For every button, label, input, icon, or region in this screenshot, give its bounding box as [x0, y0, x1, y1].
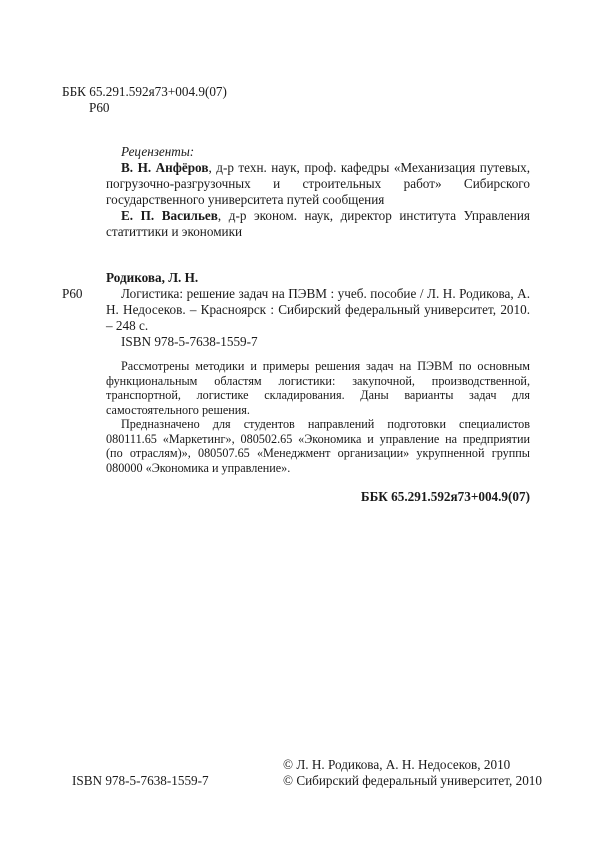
copyright-block: © Л. Н. Родикова, А. Н. Недосеков, 2010 …	[283, 757, 542, 789]
reviewer-entry: В. Н. Анфёров, д-р техн. наук, проф. каф…	[106, 160, 530, 208]
bbk-classification-bottom: ББК 65.291.592я73+004.9(07)	[361, 489, 530, 505]
reviewer-entry: Е. П. Васильев, д-р эконом. наук, директ…	[106, 208, 530, 240]
reviewer-name: Е. П. Васильев	[121, 208, 218, 223]
catalog-author-mark: Р60	[62, 286, 83, 302]
reviewers-label: Рецензенты:	[106, 144, 530, 160]
annotation-paragraph: Рассмотрены методики и примеры решения з…	[106, 359, 530, 417]
annotation: Рассмотрены методики и примеры решения з…	[106, 359, 530, 475]
catalog-entry: Родикова, Л. Н. Логистика: решение задач…	[106, 270, 530, 350]
catalog-description: Логистика: решение задач на ПЭВМ : учеб.…	[106, 286, 530, 334]
catalog-isbn: ISBN 978-5-7638-1559-7	[106, 334, 530, 350]
bbk-code: ББК 65.291.592я73+004.9(07)	[62, 84, 227, 100]
bbk-classification-top: ББК 65.291.592я73+004.9(07) Р60	[62, 84, 227, 116]
reviewer-name: В. Н. Анфёров	[121, 160, 208, 175]
catalog-author-heading: Родикова, Л. Н.	[106, 270, 530, 286]
copyright-authors: © Л. Н. Родикова, А. Н. Недосеков, 2010	[283, 757, 542, 773]
copyright-publisher: © Сибирский федеральный университет, 201…	[283, 773, 542, 789]
author-mark: Р60	[62, 100, 227, 116]
reviewers-section: Рецензенты: В. Н. Анфёров, д-р техн. нау…	[106, 144, 530, 240]
isbn-bottom: ISBN 978-5-7638-1559-7	[72, 773, 209, 789]
annotation-paragraph: Предназначено для студентов направлений …	[106, 417, 530, 475]
